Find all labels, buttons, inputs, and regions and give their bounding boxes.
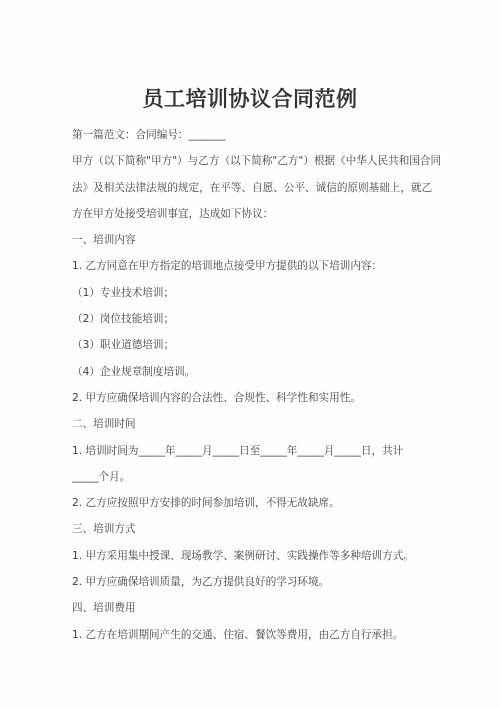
document-list-item: （3）职业道德培训； (72, 332, 432, 358)
document-section-heading: 三、培训方式 (72, 516, 432, 542)
document-line: _____个月。 (72, 464, 432, 490)
document-section-heading: 二、培训时间 (72, 411, 432, 437)
document-line: 法》及相关法律法规的规定，在平等、自愿、公平、诚信的原则基础上，就乙 (72, 175, 432, 201)
document-list-item: （2）岗位技能培训； (72, 306, 432, 332)
document-line: 1. 乙方同意在甲方指定的培训地点接受甲方提供的以下培训内容： (72, 253, 432, 279)
document-line: 甲方（以下简称"甲方"）与乙方（以下简称"乙方"）根据《中华人民共和国合同 (72, 148, 432, 174)
document-body: 第一篇范文：合同编号：_______ 甲方（以下简称"甲方"）与乙方（以下简称"… (72, 122, 432, 648)
document-line: 2. 乙方应按照甲方安排的时间参加培训，不得无故缺席。 (72, 490, 432, 516)
document-line: 第一篇范文：合同编号：_______ (72, 122, 432, 148)
document-list-item: （1）专业技术培训； (72, 280, 432, 306)
document-list-item: （4）企业规章制度培训。 (72, 359, 432, 385)
document-title: 员工培训协议合同范例 (0, 83, 500, 113)
document-line: 方在甲方处接受培训事宜，达成如下协议： (72, 201, 432, 227)
document-line: 1. 乙方在培训期间产生的交通、住宿、餐饮等费用，由乙方自行承担。 (72, 622, 432, 648)
document-page: 员工培训协议合同范例 第一篇范文：合同编号：_______ 甲方（以下简称"甲方… (0, 0, 500, 707)
document-line: 1. 培训时间为_____年_____月_____日至_____年_____月_… (72, 438, 432, 464)
document-line: 2. 甲方应确保培训内容的合法性、合规性、科学性和实用性。 (72, 385, 432, 411)
document-section-heading: 一、培训内容 (72, 227, 432, 253)
document-line: 2. 甲方应确保培训质量，为乙方提供良好的学习环境。 (72, 569, 432, 595)
document-line: 1. 甲方采用集中授课、现场教学、案例研讨、实践操作等多种培训方式。 (72, 543, 432, 569)
document-section-heading: 四、培训费用 (72, 595, 432, 621)
